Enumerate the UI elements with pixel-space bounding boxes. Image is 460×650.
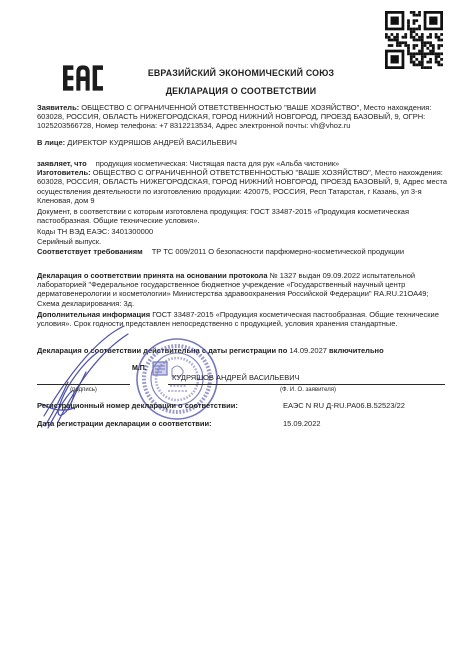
applicant-text: ОБЩЕСТВО С ОГРАНИЧЕННОЙ ОТВЕТСТВЕННОСТЬЮ… bbox=[37, 103, 431, 130]
release-type-line: Серийный выпуск. bbox=[37, 237, 447, 246]
declares-line: заявляет, чтопродукция косметическая: Чи… bbox=[37, 159, 447, 168]
basis-label: Декларация о соответствии принята на осн… bbox=[37, 271, 268, 280]
basis-paragraph: Декларация о соответствии принята на осн… bbox=[37, 271, 447, 308]
registration-number-label: Регистрационный номер декларации о соотв… bbox=[37, 401, 238, 410]
complies-label: Соответствует требованиям bbox=[37, 247, 143, 256]
registration-date-value: 15.09.2022 bbox=[283, 419, 321, 428]
qr-code bbox=[385, 11, 443, 69]
product-section: заявляет, чтопродукция косметическая: Чи… bbox=[37, 159, 447, 246]
manufacturer-paragraph: Изготовитель: ОБЩЕСТВО С ОГРАНИЧЕННОЙ ОТ… bbox=[37, 168, 447, 205]
applicant-name: КУДРЯШОВ АНДРЕЙ ВАСИЛЬЕВИЧ bbox=[172, 373, 300, 382]
manufacturer-text: ОБЩЕСТВО С ОГРАНИЧЕННОЙ ОТВЕТСТВЕННОСТЬЮ… bbox=[37, 168, 447, 205]
name-line bbox=[168, 384, 445, 385]
handwritten-signature bbox=[38, 318, 160, 430]
registration-date-label: Дата регистрации декларации о соответств… bbox=[37, 419, 212, 428]
name-caption: (Ф. И. О. заявителя) bbox=[238, 387, 378, 393]
registration-number-row: Регистрационный номер декларации о соотв… bbox=[37, 401, 447, 410]
sign-caption: (подпись) bbox=[37, 387, 130, 393]
doc-title: ДЕКЛАРАЦИЯ О СООТВЕТСТВИИ bbox=[37, 86, 445, 96]
validity-date: 14.09.2027 bbox=[289, 346, 327, 355]
declaration-document: ЕВРАЗИЙСКИЙ ЭКОНОМИЧЕСКИЙ СОЮЗ ДЕКЛАРАЦИ… bbox=[0, 0, 460, 650]
registration-number-value: ЕАЭС N RU Д-RU.РА06.В.52523/22 bbox=[283, 401, 405, 410]
union-title: ЕВРАЗИЙСКИЙ ЭКОНОМИЧЕСКИЙ СОЮЗ bbox=[37, 68, 445, 78]
signature-line bbox=[37, 384, 130, 385]
applicant-label: Заявитель: bbox=[37, 103, 79, 112]
represented-by-label: В лице: bbox=[37, 138, 65, 147]
validity-suffix: включительно bbox=[329, 346, 384, 355]
declares-text: продукция косметическая: Чистящая паста … bbox=[96, 159, 340, 168]
product-document-line: Документ, в соответствии с которым изгот… bbox=[37, 207, 447, 225]
applicant-paragraph: Заявитель: ОБЩЕСТВО С ОГРАНИЧЕННОЙ ОТВЕТ… bbox=[37, 103, 447, 131]
complies-paragraph: Соответствует требованиямТР ТС 009/2011 … bbox=[37, 247, 447, 256]
complies-text: ТР ТС 009/2011 О безопасности парфюмерно… bbox=[152, 247, 404, 256]
declares-label: заявляет, что bbox=[37, 159, 87, 168]
mp-label: М.П. bbox=[132, 365, 147, 372]
tnved-codes-line: Коды ТН ВЭД ЕАЭС: 3401300000 bbox=[37, 227, 447, 236]
registration-date-row: Дата регистрации декларации о соответств… bbox=[37, 419, 447, 428]
manufacturer-label: Изготовитель: bbox=[37, 168, 91, 177]
represented-by-paragraph: В лице: ДИРЕКТОР КУДРЯШОВ АНДРЕЙ ВАСИЛЬЕ… bbox=[37, 138, 447, 147]
represented-by-text: ДИРЕКТОР КУДРЯШОВ АНДРЕЙ ВАСИЛЬЕВИЧ bbox=[67, 138, 237, 147]
